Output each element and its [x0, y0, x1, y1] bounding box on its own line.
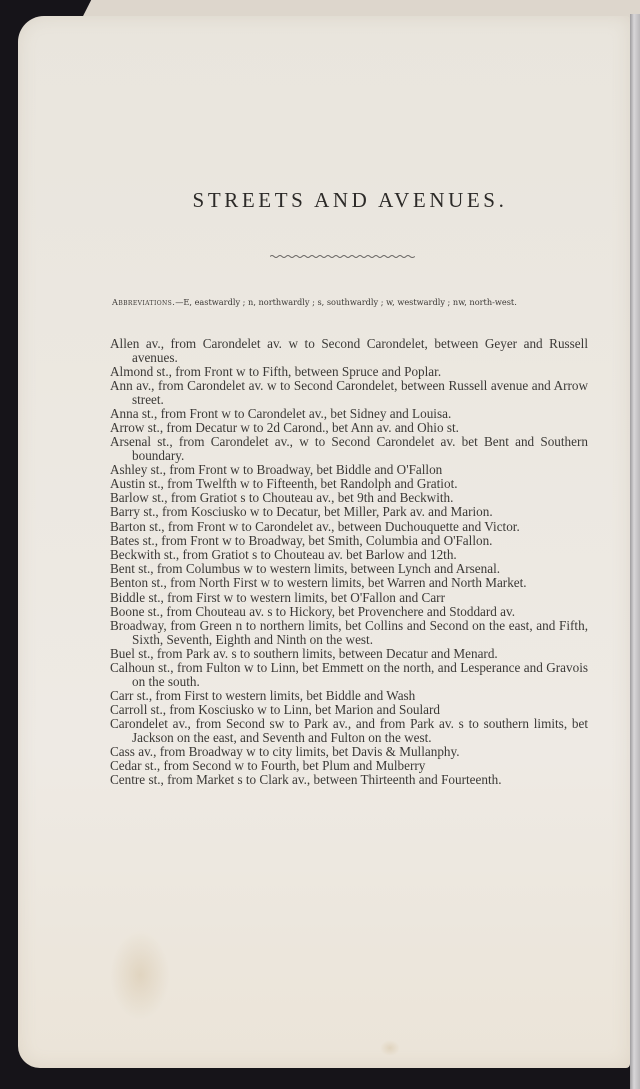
- street-entry: Beckwith st., from Gratiot s to Chouteau…: [110, 548, 588, 562]
- street-description: from Front w to Fifth, between Spruce an…: [172, 364, 441, 379]
- street-entry: Ann av., from Carondelet av. w to Second…: [110, 379, 588, 406]
- street-description: from Carondelet av. w to Second Carondel…: [132, 378, 588, 407]
- street-description: from Carondelet av., w to Second Caronde…: [132, 434, 588, 463]
- street-description: from Front w to Carondelet av., bet Sidn…: [157, 406, 451, 421]
- street-description: from Fulton w to Linn, bet Emmett on the…: [132, 660, 588, 689]
- street-entry: Ashley st., from Front w to Broadway, be…: [110, 463, 588, 477]
- street-entry: Carroll st., from Kosciusko w to Linn, b…: [110, 703, 588, 717]
- street-entry: Barlow st., from Gratiot s to Chouteau a…: [110, 491, 588, 505]
- street-description: from Second w to Fourth, bet Plum and Mu…: [160, 758, 425, 773]
- street-description: from Green n to northern limits, bet Col…: [132, 618, 588, 647]
- street-entry: Barry st., from Kosciusko w to Decatur, …: [110, 505, 588, 519]
- street-name: Carroll st.,: [110, 702, 166, 717]
- street-description: from First to western limits, bet Biddle…: [152, 688, 415, 703]
- street-description: from Decatur w to 2d Carond., bet Ann av…: [163, 420, 459, 435]
- street-name: Austin st.,: [110, 476, 164, 491]
- street-entry: Centre st., from Market s to Clark av., …: [110, 773, 588, 787]
- street-name: Anna st.,: [110, 406, 157, 421]
- street-entry: Bates st., from Front w to Broadway, bet…: [110, 534, 588, 548]
- street-name: Almond st.,: [110, 364, 172, 379]
- street-entry: Allen av., from Carondelet av. w to Seco…: [110, 337, 588, 364]
- street-name: Bates st.,: [110, 533, 158, 548]
- street-entry: Arsenal st., from Carondelet av., w to S…: [110, 435, 588, 462]
- street-name: Benton st.,: [110, 575, 167, 590]
- street-list: Allen av., from Carondelet av. w to Seco…: [110, 337, 588, 787]
- street-entry: Broadway, from Green n to northern limit…: [110, 619, 588, 646]
- street-description: from Kosciusko w to Linn, bet Marion and…: [166, 702, 440, 717]
- street-name: Carr st.,: [110, 688, 152, 703]
- street-entry: Buel st., from Park av. s to southern li…: [110, 647, 588, 661]
- street-description: from North First w to western limits, be…: [167, 575, 527, 590]
- street-name: Bent st.,: [110, 561, 154, 576]
- street-description: from Front w to Broadway, bet Biddle and…: [166, 462, 442, 477]
- street-name: Centre st.,: [110, 772, 164, 787]
- street-description: from Park av. s to southern limits, betw…: [154, 646, 498, 661]
- street-name: Biddle st.,: [110, 590, 164, 605]
- street-description: from Gratiot s to Chouteau av. bet Barlo…: [179, 547, 457, 562]
- street-description: from Chouteau av. s to Hickory, bet Prov…: [163, 604, 515, 619]
- paper-stain: [110, 930, 170, 1020]
- street-description: from Broadway w to city limits, bet Davi…: [156, 744, 459, 759]
- street-entry: Arrow st., from Decatur w to 2d Carond.,…: [110, 421, 588, 435]
- street-description: from Market s to Clark av., between Thir…: [164, 772, 502, 787]
- street-name: Ashley st.,: [110, 462, 166, 477]
- street-entry: Austin st., from Twelfth w to Fifteenth,…: [110, 477, 588, 491]
- street-name: Boone st.,: [110, 604, 163, 619]
- street-description: from Gratiot s to Chouteau av., bet 9th …: [168, 490, 454, 505]
- street-name: Cedar st.,: [110, 758, 160, 773]
- street-description: from Columbus w to western limits, betwe…: [154, 561, 500, 576]
- street-entry: Cedar st., from Second w to Fourth, bet …: [110, 759, 588, 773]
- street-entry: Benton st., from North First w to wester…: [110, 576, 588, 590]
- street-entry: Anna st., from Front w to Carondelet av.…: [110, 407, 588, 421]
- street-description: from Front w to Broadway, bet Smith, Col…: [158, 533, 492, 548]
- paper-stain: [380, 1040, 400, 1056]
- page-stack-edge: [630, 14, 640, 1089]
- street-entry: Biddle st., from First w to western limi…: [110, 591, 588, 605]
- street-entry: Carr st., from First to western limits, …: [110, 689, 588, 703]
- street-name: Barton st.,: [110, 519, 165, 534]
- street-entry: Bent st., from Columbus w to western lim…: [110, 562, 588, 576]
- street-name: Barlow st.,: [110, 490, 168, 505]
- abbreviations-note: Abbreviations.—E, eastwardly ; n, northw…: [112, 297, 592, 308]
- street-description: from Twelfth w to Fifteenth, bet Randolp…: [164, 476, 458, 491]
- abbreviations-text: —E, eastwardly ; n, northwardly ; s, sou…: [175, 297, 517, 307]
- street-entry: Boone st., from Chouteau av. s to Hickor…: [110, 605, 588, 619]
- street-name: Arrow st.,: [110, 420, 163, 435]
- page-title: STREETS AND AVENUES.: [100, 188, 600, 213]
- street-entry: Almond st., from Front w to Fifth, betwe…: [110, 365, 588, 379]
- street-name: Cass av.,: [110, 744, 156, 759]
- street-entry: Calhoun st., from Fulton w to Linn, bet …: [110, 661, 588, 688]
- street-entry: Barton st., from Front w to Carondelet a…: [110, 520, 588, 534]
- street-name: Beckwith st.,: [110, 547, 179, 562]
- street-description: from Kosciusko w to Decatur, bet Miller,…: [159, 504, 493, 519]
- street-entry: Cass av., from Broadway w to city limits…: [110, 745, 588, 759]
- wavy-divider: [270, 254, 415, 259]
- street-description: from First w to western limits, bet O'Fa…: [164, 590, 445, 605]
- street-description: from Carondelet av. w to Second Carondel…: [132, 336, 588, 365]
- street-name: Barry st.,: [110, 504, 159, 519]
- abbreviations-label: Abbreviations.: [112, 297, 175, 307]
- street-description: from Second sw to Park av., and from Par…: [132, 716, 588, 745]
- street-entry: Carondelet av., from Second sw to Park a…: [110, 717, 588, 744]
- street-description: from Front w to Carondelet av., between …: [165, 519, 520, 534]
- street-name: Buel st.,: [110, 646, 154, 661]
